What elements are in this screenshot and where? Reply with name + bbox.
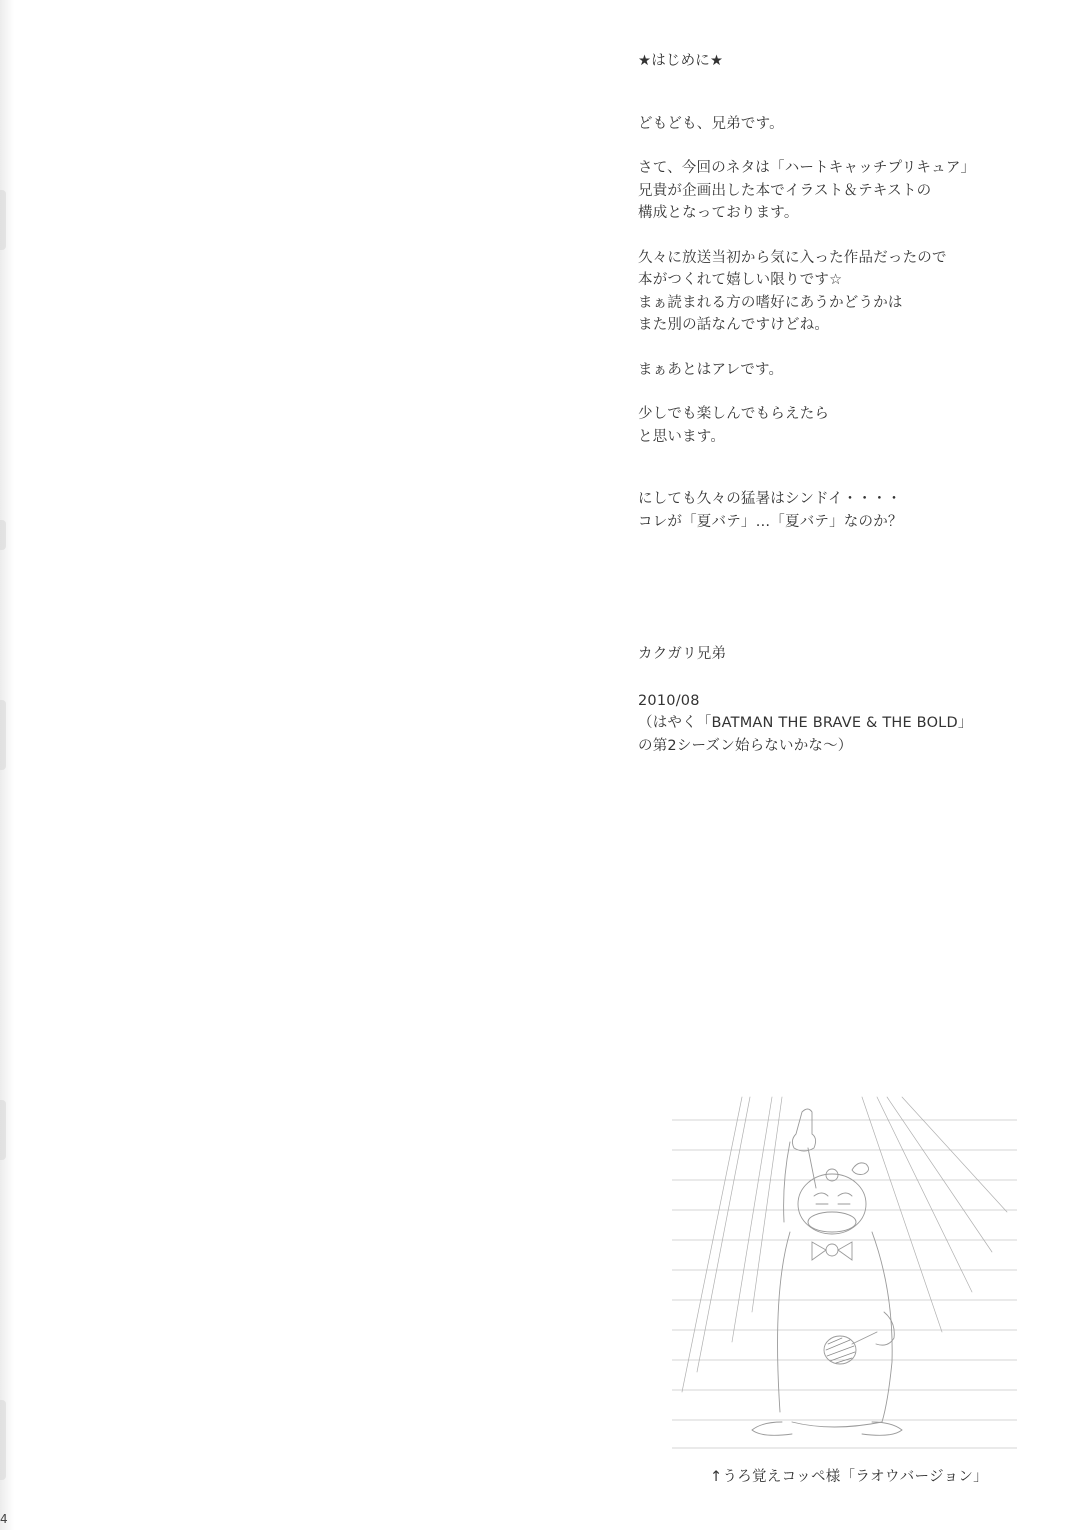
text-line: 久々に放送当初から気に入った作品だったので bbox=[638, 247, 1038, 270]
signature: カクガリ兄弟 bbox=[638, 643, 1038, 666]
text-line: 兄貴が企画出した本でイラスト＆テキストの bbox=[638, 180, 1038, 203]
edge-smudge bbox=[0, 1400, 6, 1480]
text-line: 少しでも楽しんでもらえたら bbox=[638, 403, 1038, 426]
afterword-heading: ★はじめに★ bbox=[638, 50, 1038, 73]
spacer bbox=[638, 448, 1038, 488]
spacer bbox=[638, 337, 1038, 359]
ruled-lines bbox=[672, 1120, 1017, 1448]
spacer bbox=[638, 135, 1038, 157]
page-number: 4 bbox=[0, 1512, 8, 1526]
spacer bbox=[638, 225, 1038, 247]
pencil-sketch-illustration bbox=[672, 1092, 1017, 1454]
illustration-caption: ↑うろ覚えコッペ様「ラオウバージョン」 bbox=[710, 1465, 988, 1486]
text-line: さて、今回のネタは「ハートキャッチプリキュア」 bbox=[638, 157, 1038, 180]
edge-smudge bbox=[0, 190, 6, 250]
spacer bbox=[638, 533, 1038, 643]
paragraph: 久々に放送当初から気に入った作品だったので 本がつくれて嬉しい限りです☆ まぁ読… bbox=[638, 247, 1038, 337]
afterword-text: ★はじめに★ どもども、兄弟です。 さて、今回のネタは「ハートキャッチプリキュア… bbox=[638, 50, 1038, 757]
edge-smudge bbox=[0, 700, 6, 770]
text-line: 構成となっております。 bbox=[638, 202, 1038, 225]
paragraph: まぁあとはアレです。 bbox=[638, 359, 1038, 382]
edge-smudge bbox=[0, 520, 6, 550]
paragraph: さて、今回のネタは「ハートキャッチプリキュア」 兄貴が企画出した本でイラスト＆テ… bbox=[638, 157, 1038, 225]
text-line: まぁあとはアレです。 bbox=[638, 359, 1038, 382]
paragraph: 少しでも楽しんでもらえたら と思います。 bbox=[638, 403, 1038, 448]
paragraph: にしても久々の猛暑はシンドイ・・・・ コレが「夏バテ」…「夏バテ」なのか？ bbox=[638, 488, 1038, 533]
text-line: また別の話なんですけどね。 bbox=[638, 314, 1038, 337]
postscript-line: の第2シーズン始らないかな～） bbox=[638, 735, 1038, 758]
spacer bbox=[638, 381, 1038, 403]
text-line: コレが「夏バテ」…「夏バテ」なのか？ bbox=[638, 511, 1038, 534]
edge-smudge bbox=[0, 1100, 6, 1160]
text-line: どもども、兄弟です。 bbox=[638, 113, 1038, 136]
text-line: と思います。 bbox=[638, 426, 1038, 449]
text-line: にしても久々の猛暑はシンドイ・・・・ bbox=[638, 488, 1038, 511]
spacer bbox=[638, 666, 1038, 690]
text-line: 本がつくれて嬉しい限りです☆ bbox=[638, 269, 1038, 292]
spacer bbox=[638, 73, 1038, 113]
paragraph: どもども、兄弟です。 bbox=[638, 113, 1038, 136]
postscript-line: （はやく「BATMAN THE BRAVE & THE BOLD」 bbox=[638, 712, 1038, 735]
date: 2010/08 bbox=[638, 690, 1038, 713]
text-line: まぁ読まれる方の嗜好にあうかどうかは bbox=[638, 292, 1038, 315]
